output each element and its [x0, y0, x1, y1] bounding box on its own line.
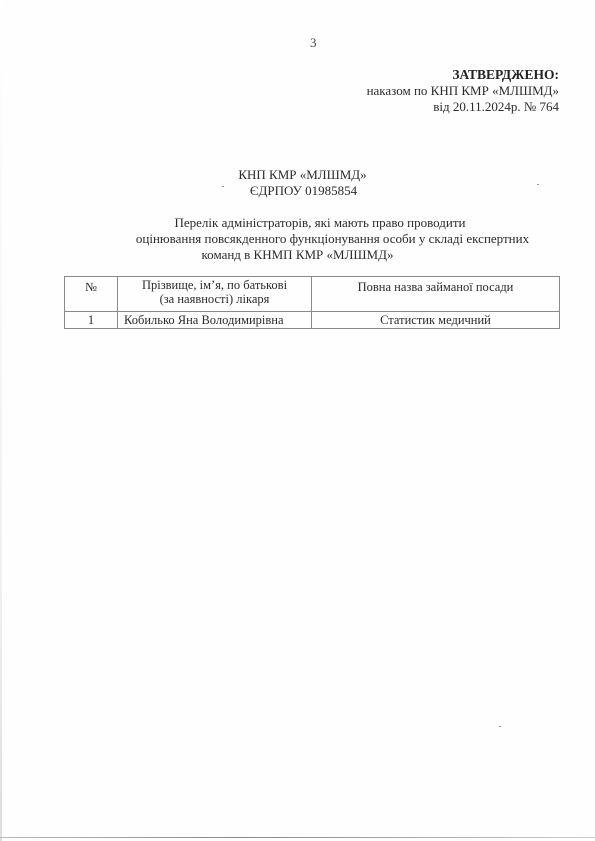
cell-name: Кобилько Яна Володимирівна: [118, 312, 312, 329]
approval-title: ЗАТВЕРДЖЕНО:: [367, 67, 559, 83]
header-name-line-1: Прізвище, ім’я, по батькові: [122, 278, 307, 292]
table-row: 1Кобилько Яна ВолодимирівнаСтатистик мед…: [65, 312, 560, 329]
organization-name: КНП КМР «МЛШМД»: [0, 167, 595, 183]
scan-speck: [499, 726, 501, 727]
header-position: Повна назва займаної посади: [312, 277, 560, 312]
header-number: №: [65, 277, 118, 312]
approval-date-line: від 20.11.2024р. № 764: [367, 99, 559, 115]
header-name-line-2: (за наявності) лікаря: [122, 292, 307, 306]
page-number: 3: [310, 35, 317, 51]
list-title-line-1: Перелік адміністраторів, які мають право…: [0, 215, 595, 231]
scan-speck: [222, 186, 224, 187]
table-header-row: № Прізвище, ім’я, по батькові (за наявно…: [65, 277, 560, 312]
list-title-line-2: оцінювання повсякденного функціонування …: [0, 231, 595, 247]
scan-edge-bottom: [0, 837, 595, 838]
table-body: 1Кобилько Яна ВолодимирівнаСтатистик мед…: [65, 312, 560, 329]
organization-block: КНП КМР «МЛШМД» ЄДРПОУ 01985854: [0, 167, 595, 199]
cell-position: Статистик медичний: [312, 312, 560, 329]
list-title-line-3: команд в КНМП КМР «МЛШМД»: [0, 247, 595, 263]
approval-order-line: наказом по КНП КМР «МЛШМД»: [367, 83, 559, 99]
scan-speck: [537, 184, 539, 185]
header-name: Прізвище, ім’я, по батькові (за наявност…: [118, 277, 312, 312]
administrators-table: № Прізвище, ім’я, по батькові (за наявно…: [64, 276, 560, 329]
approval-block: ЗАТВЕРДЖЕНО: наказом по КНП КМР «МЛШМД» …: [367, 67, 559, 115]
cell-number: 1: [65, 312, 118, 329]
document-page: 3 ЗАТВЕРДЖЕНО: наказом по КНП КМР «МЛШМД…: [0, 0, 595, 841]
organization-code: ЄДРПОУ 01985854: [0, 183, 595, 199]
list-title: Перелік адміністраторів, які мають право…: [0, 215, 595, 263]
scan-edge-left: [0, 0, 2, 841]
